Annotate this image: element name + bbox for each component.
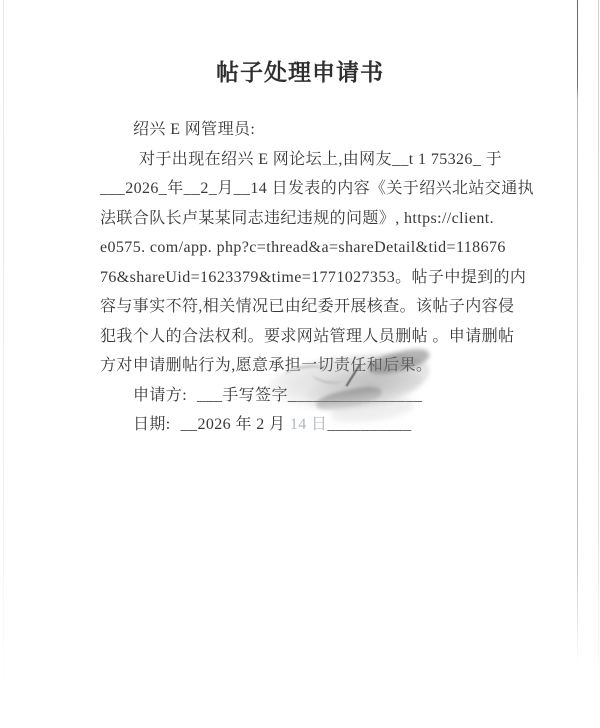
date-label: 日期:: [133, 416, 171, 433]
date-line: 日期:__2026 年 2 月 14 日__________: [100, 410, 520, 440]
body-line-7: 犯我个人的合法权利。要求网站管理人员删帖 。申请删帖: [100, 322, 520, 352]
date-value: __2026 年 2 月: [181, 416, 290, 433]
signature-placeholder: ___手写签字_: [197, 387, 296, 404]
body-line-1: 对于出现在绍兴 E 网论坛上,由网友__t 1 75326_ 于: [100, 145, 520, 175]
body-line-6: 容与事实不符,相关情况已由纪委开展核查。该帖子内容侵: [100, 292, 520, 322]
salutation: 绍兴 E 网管理员:: [100, 115, 520, 145]
body-line-5: 76&shareUid=1623379&time=1771027353。帖子中提…: [100, 263, 520, 293]
date-day-faded: 14 日: [290, 416, 328, 433]
scan-edge-right: [598, 0, 599, 690]
signature-underline: _______________: [296, 387, 422, 404]
scanned-document-page: 帖子处理申请书 绍兴 E 网管理员: 对于出现在绍兴 E 网论坛上,由网友__t…: [0, 0, 600, 728]
applicant-label: 申请方:: [133, 387, 187, 404]
body-line-2: ___2026_年__2_月__14 日发表的内容《关于绍兴北站交通执: [100, 174, 520, 204]
scan-artifact-line: [577, 0, 578, 665]
body-line-8: 方对申请删帖行为,愿意承担一切责任和后果。: [100, 351, 520, 381]
body-line-3: 法联合队长卢某某同志违纪违规的问题》, https://client.: [100, 204, 520, 234]
scan-edge-left: [3, 0, 4, 700]
date-underline: __________: [327, 416, 411, 433]
body-line-4: e0575. com/app. php?c=thread&a=shareDeta…: [100, 233, 520, 263]
applicant-signature-line: 申请方:___手写签字________________: [100, 381, 520, 411]
document-body: 绍兴 E 网管理员: 对于出现在绍兴 E 网论坛上,由网友__t 1 75326…: [100, 115, 520, 440]
document-title: 帖子处理申请书: [0, 54, 600, 87]
